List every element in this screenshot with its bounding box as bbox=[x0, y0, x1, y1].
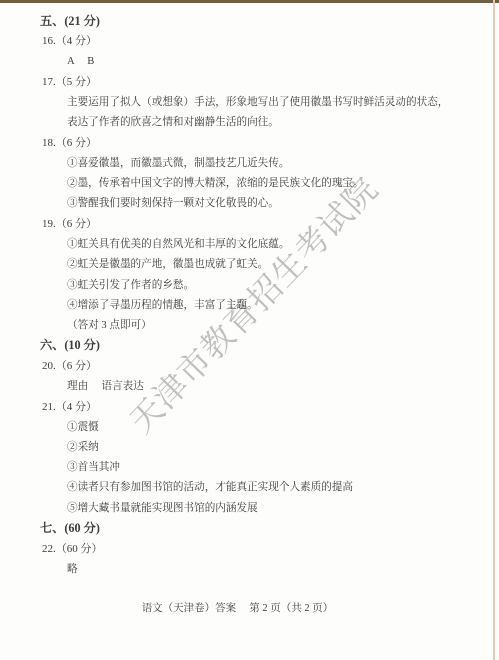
answer-text: ①虹关具有优美的自然风光和丰厚的文化底蕴。 bbox=[0, 233, 499, 253]
scanned-answer-page: 天津市教育招生考试院 五、(21 分)16.（4 分）A B17.（5 分）主要… bbox=[0, 0, 499, 660]
answer-text: 主要运用了拟人（或想象）手法，形象地写出了使用徽墨书写时鲜活灵动的状态， bbox=[0, 91, 499, 111]
answer-text: ⑤增大藏书量就能实现图书馆的内涵发展 bbox=[0, 497, 499, 517]
question-number: 22.（60 分） bbox=[0, 538, 499, 558]
answer-text: ①喜爱徽墨，而徽墨式微，制墨技艺几近失传。 bbox=[0, 152, 499, 172]
answer-text: ③警醒我们要时刻保持一颗对文化敬畏的心。 bbox=[0, 193, 499, 213]
page-footer: 语文（天津卷）答案 第 2 页（共 2 页） bbox=[0, 600, 475, 615]
section-heading: 七、(60 分) bbox=[0, 517, 499, 537]
answer-text: （答对 3 点即可） bbox=[0, 314, 499, 334]
section-heading: 六、(10 分) bbox=[0, 335, 499, 355]
answer-text: ②墨，传承着中国文字的博大精深，浓缩的是民族文化的瑰宝。 bbox=[0, 172, 499, 192]
answer-text: ③首当其冲 bbox=[0, 457, 499, 477]
question-number: 20.（6 分） bbox=[0, 355, 499, 375]
answer-text: ②虹关是徽墨的产地，徽墨也成就了虹关。 bbox=[0, 254, 499, 274]
question-number: 18.（6 分） bbox=[0, 132, 499, 152]
answer-text: ②采纳 bbox=[0, 436, 499, 456]
question-number: 17.（5 分） bbox=[0, 71, 499, 91]
answer-text: ③虹关引发了作者的乡愁。 bbox=[0, 274, 499, 294]
answer-text: 理由 语言表达 bbox=[0, 375, 499, 395]
question-number: 19.（6 分） bbox=[0, 213, 499, 233]
answer-text: 略 bbox=[0, 558, 499, 578]
scan-top-border bbox=[0, 0, 499, 3]
answer-text: 表达了作者的欣喜之情和对幽静生活的向往。 bbox=[0, 111, 499, 131]
answer-text: ①震慑 bbox=[0, 416, 499, 436]
section-heading: 五、(21 分) bbox=[0, 10, 499, 30]
answer-text: ④增添了寻墨历程的情趣，丰富了主题。 bbox=[0, 294, 499, 314]
answer-text: ④读者只有参加图书馆的活动，才能真正实现个人素质的提高 bbox=[0, 477, 499, 497]
answer-lines: 五、(21 分)16.（4 分）A B17.（5 分）主要运用了拟人（或想象）手… bbox=[0, 10, 499, 578]
question-number: 16.（4 分） bbox=[0, 30, 499, 50]
question-number: 21.（4 分） bbox=[0, 396, 499, 416]
answer-text: A B bbox=[0, 51, 499, 71]
